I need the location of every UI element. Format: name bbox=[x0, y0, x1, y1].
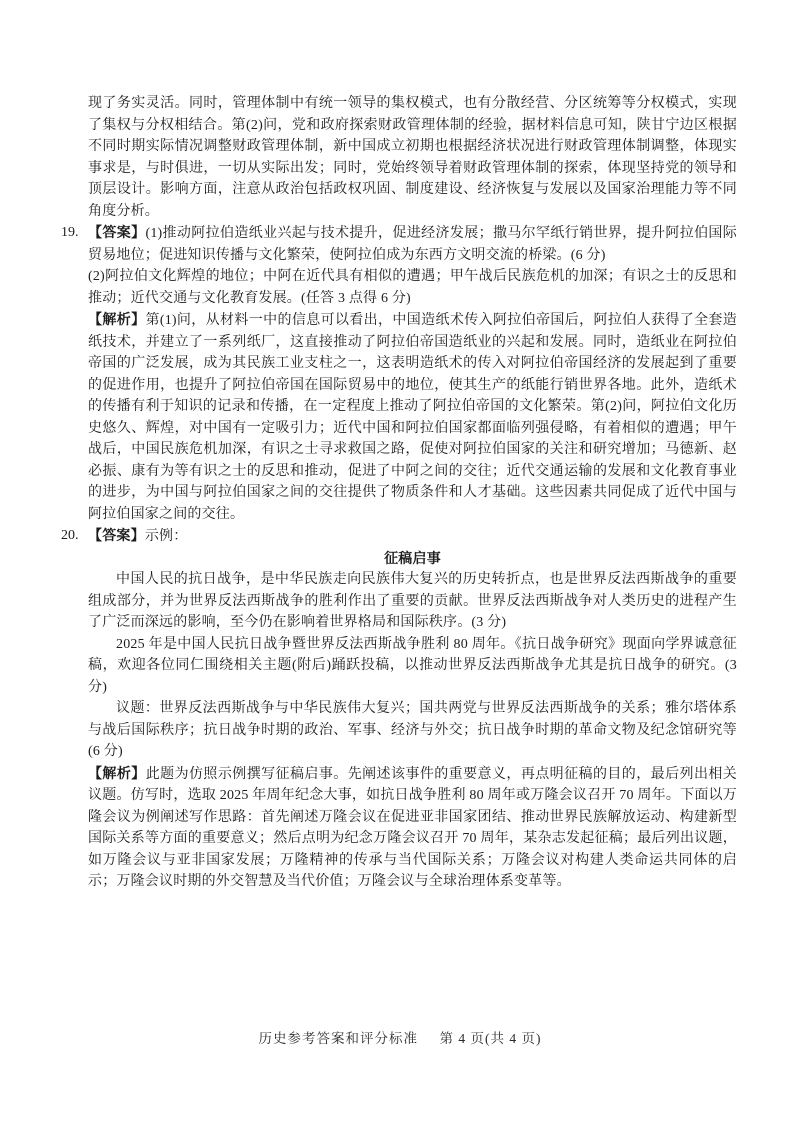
question-20-block: 20.【答案】示例： 征稿启事 中国人民的抗日战争，是中华民族走向民族伟大复兴的… bbox=[88, 525, 737, 893]
notice-paragraph-1: 中国人民的抗日战争，是中华民族走向民族伟大复兴的历史转折点，也是世界反法西斯战争… bbox=[88, 569, 737, 634]
notice-p1-text: 中国人民的抗日战争，是中华民族走向民族伟大复兴的历史转折点，也是世界反法西斯战争… bbox=[88, 572, 737, 630]
q19-analysis-label: 【解析】 bbox=[88, 311, 145, 327]
q20-answer-label: 【答案】 bbox=[88, 527, 145, 543]
scanned-answer-sheet-page: 现了务实灵活。同时，管理体制中有统一领导的集权模式，也有分散经营、分区统筹等分权… bbox=[0, 0, 800, 1131]
q20-number: 20. bbox=[61, 525, 79, 547]
q20-analysis-label: 【解析】 bbox=[88, 765, 146, 781]
notice-title-text: 征稿启事 bbox=[384, 550, 441, 566]
continuation-paragraph: 现了务实灵活。同时，管理体制中有统一领导的集权模式，也有分散经营、分区统筹等分权… bbox=[88, 93, 737, 222]
q19-analysis-paragraph: 【解析】第(1)问，从材料一中的信息可以看出，中国造纸术传入阿拉伯帝国后，阿拉伯… bbox=[88, 309, 737, 525]
q20-analysis-text: 此题为仿照示例撰写征稿启事。先阐述该事件的重要意义，再点明征稿的目的，最后列出相… bbox=[88, 767, 737, 890]
continuation-text: 现了务实灵活。同时，管理体制中有统一领导的集权模式，也有分散经营、分区统筹等分权… bbox=[88, 96, 737, 219]
q19-answer-label: 【答案】 bbox=[88, 224, 145, 240]
q20-answer-intro-line: 20.【答案】示例： bbox=[88, 525, 737, 548]
notice-p3-text: 议题：世界反法西斯战争与中华民族伟大复兴；国共两党与世界反法西斯战争的关系；雅尔… bbox=[88, 701, 737, 759]
q19-answer-part2: (2)阿拉伯文化辉煌的地位；中阿在近代具有相似的遭遇；甲午战后民族危机的加深；有… bbox=[88, 269, 737, 306]
footer-document-title: 历史参考答案和评分标准 bbox=[258, 1031, 418, 1046]
q19-number: 19. bbox=[61, 222, 79, 244]
notice-paragraph-2: 2025 年是中国人民抗日战争暨世界反法西斯战争胜利 80 周年。《抗日战争研究… bbox=[88, 634, 737, 699]
q20-analysis-paragraph: 【解析】此题为仿照示例撰写征稿启事。先阐述该事件的重要意义，再点明征稿的目的，最… bbox=[88, 763, 737, 893]
q19-analysis-text: 第(1)问，从材料一中的信息可以看出，中国造纸术传入阿拉伯帝国后，阿拉伯人获得了… bbox=[88, 313, 737, 522]
page-body: 现了务实灵活。同时，管理体制中有统一领导的集权模式，也有分散经营、分区统筹等分权… bbox=[88, 93, 737, 893]
q19-answer-paragraph-1: 19.【答案】(1)推动阿拉伯造纸业兴起与技术提升，促进经济发展；撒马尔罕纸行销… bbox=[88, 222, 737, 266]
q20-answer-intro: 示例： bbox=[145, 529, 188, 544]
notice-p2-text: 2025 年是中国人民抗日战争暨世界反法西斯战争胜利 80 周年。《抗日战争研究… bbox=[88, 637, 737, 695]
q19-answer-paragraph-2: (2)阿拉伯文化辉煌的地位；中阿在近代具有相似的遭遇；甲午战后民族危机的加深；有… bbox=[88, 266, 737, 309]
page-footer: 历史参考答案和评分标准第 4 页(共 4 页) bbox=[0, 1027, 800, 1047]
question-19-block: 19.【答案】(1)推动阿拉伯造纸业兴起与技术提升，促进经济发展；撒马尔罕纸行销… bbox=[88, 222, 737, 525]
q19-answer-part1: (1)推动阿拉伯造纸业兴起与技术提升，促进经济发展；撒马尔罕纸行销世界，提升阿拉… bbox=[88, 226, 737, 263]
footer-page-number: 第 4 页(共 4 页) bbox=[440, 1031, 542, 1046]
notice-paragraph-3: 议题：世界反法西斯战争与中华民族伟大复兴；国共两党与世界反法西斯战争的关系；雅尔… bbox=[88, 698, 737, 763]
notice-title: 征稿启事 bbox=[88, 548, 737, 570]
